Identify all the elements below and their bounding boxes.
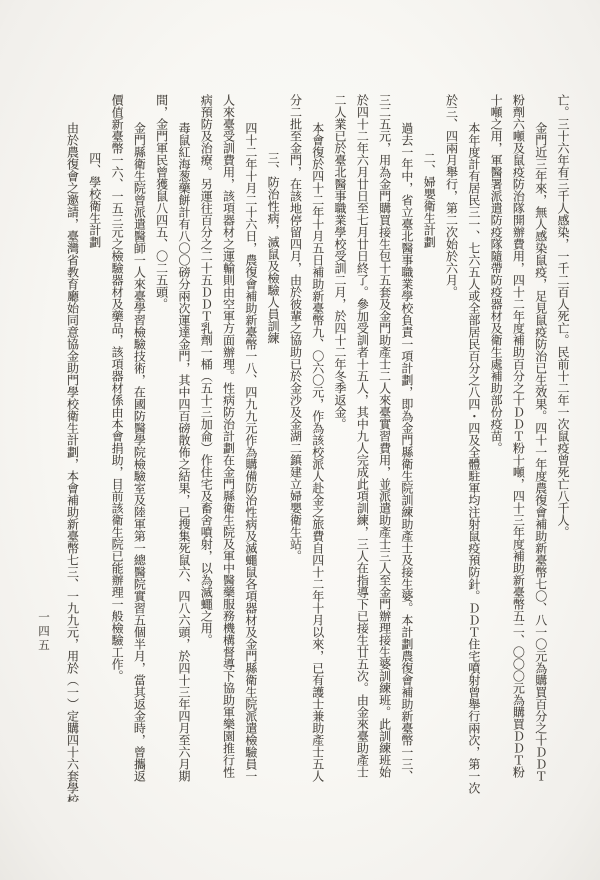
vertical-text-block: 亡。三十六年有三千人感染，一千二百人死亡。民前十二年一次鼠疫曾死亡八千人。 金門…	[60, 94, 574, 802]
text-column: 本年度計有居民三一、七六五人或全部居民百分之八四・四及全體駐軍均注射鼠疫預防針。…	[463, 94, 485, 802]
text-column: 由於農復會之邀請，臺灣省教育廳始同意協金助門學校衛生計劃，本會補助新臺幣七三、一…	[61, 94, 83, 802]
page-number: 一四五	[35, 611, 51, 653]
text-column: 人來臺受訓費用，該項器材之運輸則由空軍方面辦理。性病防治計劃在金門縣衛生院及軍中…	[217, 94, 239, 802]
text-column: 分二批至金門，在該地停留四月，由於彼輩之協助已於金沙及金湖二鎮建立婦嬰衛生站。	[284, 94, 306, 802]
text-column: 二人業已於臺北醫事職業學校受訓二月，於四十二年冬季返金。	[329, 94, 351, 802]
text-column: 金門縣衛生院曾派遣醫師一人來臺學習檢驗技術，在國防醫學院檢驗室及陸軍第一總醫院實…	[128, 94, 150, 802]
scanned-document-page: 亡。三十六年有三千人感染，一千二百人死亡。民前十二年一次鼠疫曾死亡八千人。 金門…	[0, 0, 600, 880]
section-heading-maternal-infant-health: 二、婦嬰衛生計劃	[418, 94, 440, 802]
text-column: 毒鼠紅海葱藥餅計有八〇〇磅分兩次運達金門，其中四百磅散佈之結果，已搜集死鼠六、四…	[173, 94, 195, 802]
text-column: 於三、四兩月舉行，第二次始於六月。	[440, 94, 462, 802]
text-column: 三二五元，用為金門購買接生包十五套及金門助產士二人來臺實習費用，並派遣助產士三人…	[373, 94, 395, 802]
text-column: 亡。三十六年有三千人感染，一千二百人死亡。民前十二年一次鼠疫曾死亡八千人。	[552, 94, 574, 802]
text-column: 間，金門軍民曾獲鼠八四五、〇二五頭。	[150, 94, 172, 802]
text-column: 過去一年中，省立臺北醫事職業學校負責一項計劃，即為金門縣衛生院訓練助產士及接生婆…	[396, 94, 418, 802]
text-column: 病預防及治療。另運往百分之二十五ＤＤＴ乳劑一桶（五十三加侖）作住宅及畜舍噴射，以…	[195, 94, 217, 802]
text-column: 十噸之用，軍醫署派遣防疫隊隨帶防疫器材及衛生處補助部份疫苗。	[485, 94, 507, 802]
text-column: 價值新臺幣一六、一五三元之檢驗器材及藥品，該項器材係由本會捐助，目前該衛生院已能…	[106, 94, 128, 802]
text-column: 金門近三年來，無人感染鼠疫，足見鼠疫防治已生效果。四十一年度農復會補助新臺幣七〇…	[529, 94, 551, 802]
text-column: 四十二年十月二十六日，農復會補助新臺幣一八、四九九元作為購備防治性病及滅蠅鼠各項…	[240, 94, 262, 802]
text-column: 粉劑六噸及鼠疫防治隊開辦費用，四十二年度補助百分之十ＤＤＴ粉十噸，四十三年度補助…	[507, 94, 529, 802]
section-heading-school-health: 四、學校衛生計劃	[83, 94, 105, 802]
text-column: 本會復於四十二年十月五日補助新臺幣九、〇六〇元，作為該校派人赴金之旅費自四十二年…	[306, 94, 328, 802]
text-column: 於四十二年六月廿日至七月廿日終了。參加受訓者十五人，其中九人完成此項訓練，三人在…	[351, 94, 373, 802]
section-heading-vd-rat-control-lab-training: 三、防治性病，滅鼠及檢驗人員訓練	[262, 94, 284, 802]
